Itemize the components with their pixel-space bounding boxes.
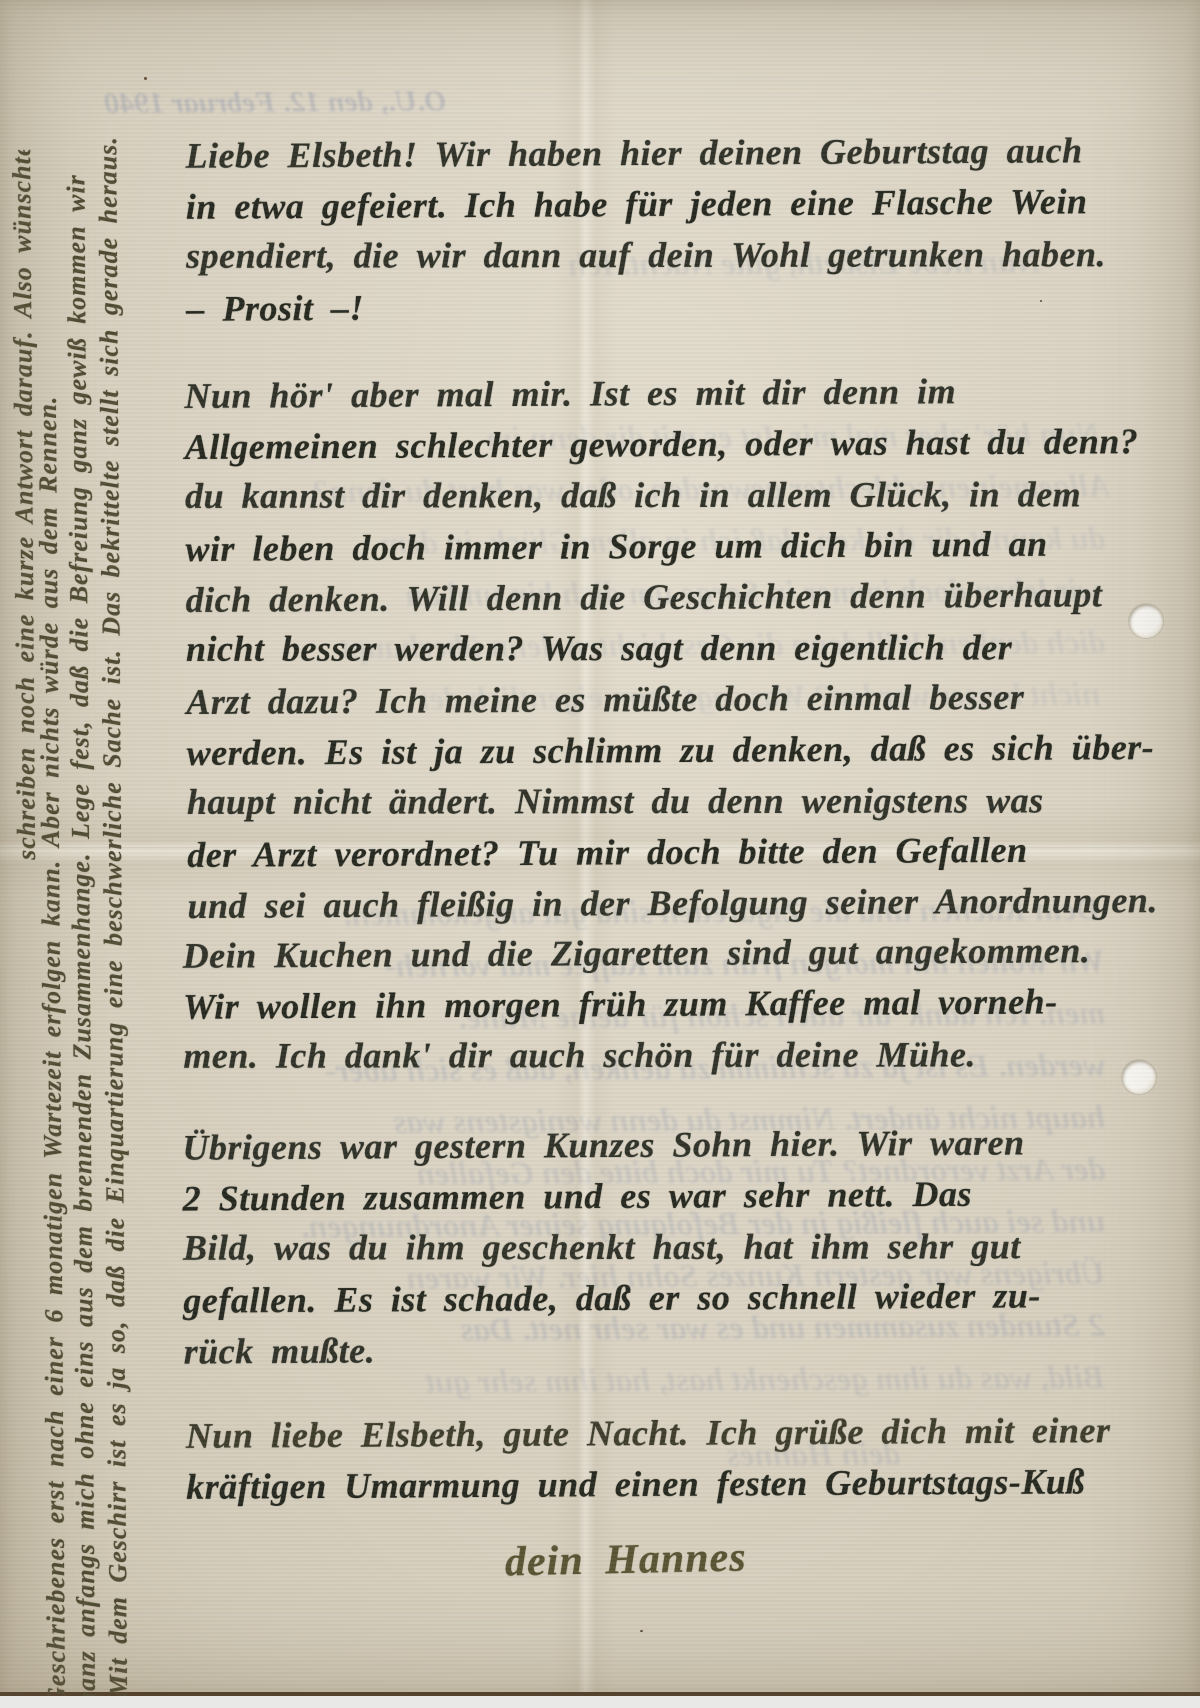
paper-speck [640, 1630, 643, 1632]
letter-line: – Prosit –! [186, 278, 1106, 335]
letter-line: wir leben doch immer in Sorge um dich bi… [185, 518, 1156, 575]
punch-hole-top [1129, 604, 1163, 638]
letter-line: spendiert, die wir dann auf dein Wohl ge… [186, 229, 1106, 282]
letter-line: kräftigen Umarmung und einen festen Gebu… [186, 1456, 1111, 1513]
margin-note-line: schreiben noch eine kurze Antwort darauf… [7, 150, 42, 860]
paper-sheet: O.U., den 12. Februar 1940 Nun liebe Els… [0, 0, 1200, 1696]
letter-line: Arzt dazu? Ich meine es müßte doch einma… [186, 671, 1157, 728]
bleedthrough-date: O.U., den 12. Februar 1940 [16, 84, 446, 121]
letter-line: gefallen. Es ist schade, daß er so schne… [183, 1270, 1041, 1326]
paper-speck [144, 77, 147, 80]
punch-hole-bottom [1122, 1060, 1156, 1094]
paragraph-health: Nun hör' aber mal mir. Ist es mit dir de… [184, 365, 1158, 932]
letter-line: Dein Kuchen und die Zigaretten sind gut … [183, 925, 1091, 982]
paragraph-greeting: Liebe Elsbeth! Wir haben hier deinen Geb… [185, 125, 1106, 335]
letter-line: Allgemeinen schlechter geworden, oder wa… [185, 416, 1156, 473]
letter-scan: O.U., den 12. Februar 1940 Nun liebe Els… [0, 0, 1200, 1708]
letter-line: Liebe Elsbeth! Wir haben hier deinen Geb… [185, 125, 1105, 182]
letter-line: Übrigens war gestern Kunzes Sohn hier. W… [182, 1117, 1040, 1173]
letter-line: 2 Stunden zusammen und es war sehr nett.… [183, 1168, 1041, 1224]
letter-line: men. Ich dank' dir auch schön für deine … [183, 1029, 1091, 1082]
paragraph-cake: Dein Kuchen und die Zigaretten sind gut … [183, 925, 1092, 1084]
letter-line: Nun hör' aber mal mir. Ist es mit dir de… [184, 365, 1155, 422]
letter-line: Wir wollen ihn morgen früh zum Kaffee ma… [183, 976, 1091, 1033]
letter-line: Nun liebe Elsbeth, gute Nacht. Ich grüße… [186, 1405, 1111, 1462]
letter-line: du kannst dir denken, daß ich in allem G… [185, 469, 1155, 522]
letter-line: haupt nicht ändert. Nimmst du denn wenig… [187, 775, 1157, 828]
letter-line: werden. Es ist ja zu schlimm zu denken, … [186, 722, 1157, 779]
signature: dein Hannes [505, 1533, 747, 1586]
letter-line: rück mußte. [183, 1321, 1041, 1377]
letter-line: Bild, was du ihm geschenkt hast, hat ihm… [183, 1221, 1041, 1273]
scanner-bed-strip [0, 1696, 1200, 1708]
letter-line: und sei auch fleißig in der Befolgung se… [187, 875, 1158, 932]
letter-line: in etwa gefeiert. Ich habe für jeden ein… [186, 176, 1106, 233]
paragraph-closing: Nun liebe Elsbeth, gute Nacht. Ich grüße… [186, 1405, 1111, 1513]
letter-line: dich denken. Will denn die Geschichten d… [186, 569, 1157, 626]
paper-speck [1040, 300, 1042, 302]
letter-line: der Arzt verordnet? Tu mir doch bitte de… [187, 824, 1158, 881]
paragraph-visit: Übrigens war gestern Kunzes Sohn hier. W… [182, 1117, 1041, 1377]
letter-line: nicht besser werden? Was sagt denn eigen… [186, 622, 1156, 675]
